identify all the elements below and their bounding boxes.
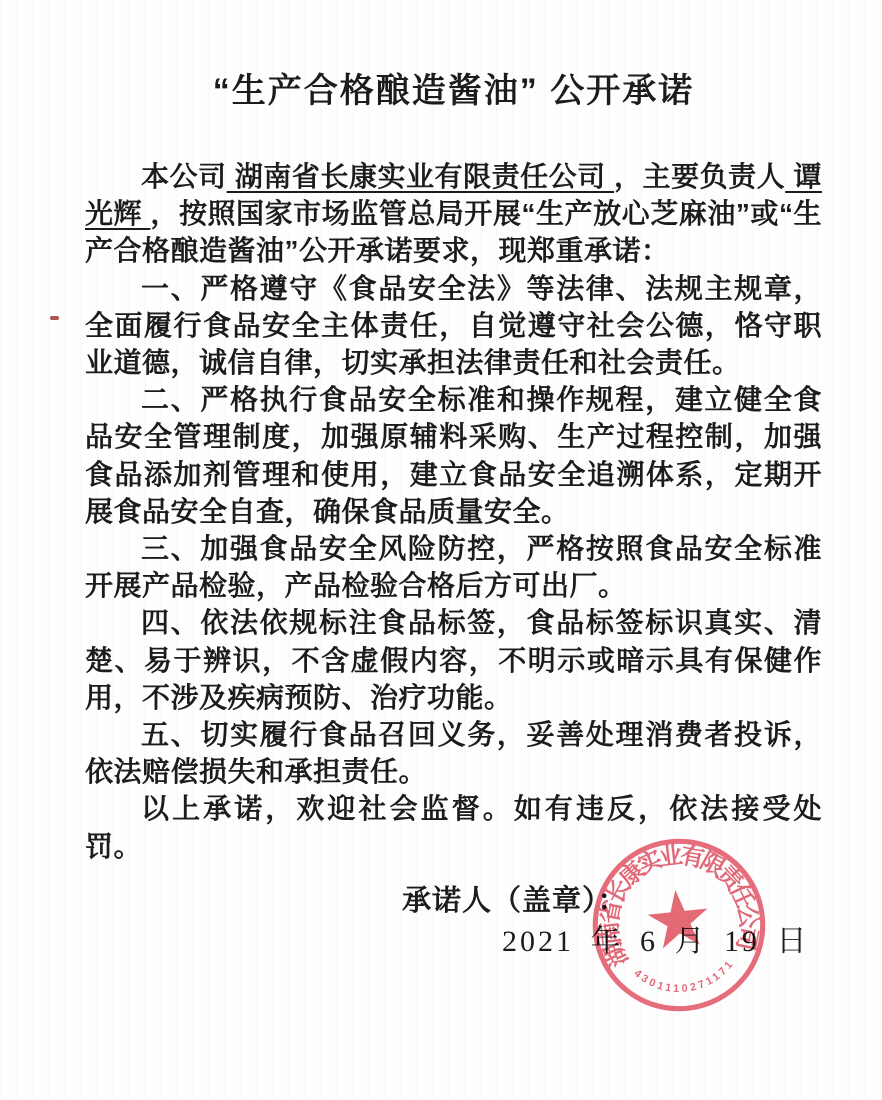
- paragraph: 二、严格执行食品安全标准和操作规程，建立健全食品安全管理制度，加强原辅料采购、生…: [85, 381, 822, 530]
- paragraph-text: 本公司: [141, 161, 227, 192]
- filled-blank: 湖南省长康实业有限责任公司: [227, 161, 614, 192]
- company-seal-stamp: 湖南省长康实业有限责任公司 4301110271171: [577, 823, 781, 1027]
- paragraph-text: ，主要负责人: [614, 161, 785, 192]
- paragraph-text: 四、依法依规标注食品标签，食品标签标识真实、清楚、易于辨识，不含虚假内容，不明示…: [85, 607, 822, 712]
- paragraph-text: 二、严格执行食品安全标准和操作规程，建立健全食品安全管理制度，加强原辅料采购、生…: [85, 384, 822, 527]
- paragraph-text: 三、加强食品安全风险防控，严格按照食品安全标准开展产品检验，产品检验合格后方可出…: [85, 533, 822, 601]
- document-page: “生产合格酿造酱油” 公开承诺 本公司 湖南省长康实业有限责任公司 ，主要负责人…: [0, 0, 882, 1100]
- scan-artifact-mark: [50, 316, 59, 320]
- paragraph-text: 一、严格遵守《食品安全法》等法律、法规主规章，全面履行食品安全主体责任，自觉遵守…: [85, 273, 822, 378]
- paragraph: 五、切实履行食品召回义务，妥善处理消费者投诉，依法赔偿损失和承担责任。: [85, 716, 822, 790]
- paragraph: 三、加强食品安全风险防控，严格按照食品安全标准开展产品检验，产品检验合格后方可出…: [85, 530, 822, 604]
- seal-star-icon: [645, 887, 711, 950]
- document-title: “生产合格酿造酱油” 公开承诺: [85, 70, 822, 112]
- paragraph: 一、严格遵守《食品安全法》等法律、法规主规章，全面履行食品安全主体责任，自觉遵守…: [85, 270, 822, 382]
- paragraph-text: 五、切实履行食品召回义务，妥善处理消费者投诉，依法赔偿损失和承担责任。: [85, 719, 822, 787]
- paragraphs: 本公司 湖南省长康实业有限责任公司 ，主要负责人 谭光辉 ，按照国家市场监管总局…: [85, 158, 822, 865]
- paragraph: 本公司 湖南省长康实业有限责任公司 ，主要负责人 谭光辉 ，按照国家市场监管总局…: [85, 158, 822, 270]
- paragraph-text: ，按照国家市场监管总局开展“生产放心芝麻油”或“生产合格酿造酱油”公开承诺要求，…: [85, 198, 822, 266]
- paragraph: 四、依法依规标注食品标签，食品标签标识真实、清楚、易于辨识，不含虚假内容，不明示…: [85, 604, 822, 716]
- document-content: “生产合格酿造酱油” 公开承诺 本公司 湖南省长康实业有限责任公司 ，主要负责人…: [85, 58, 822, 865]
